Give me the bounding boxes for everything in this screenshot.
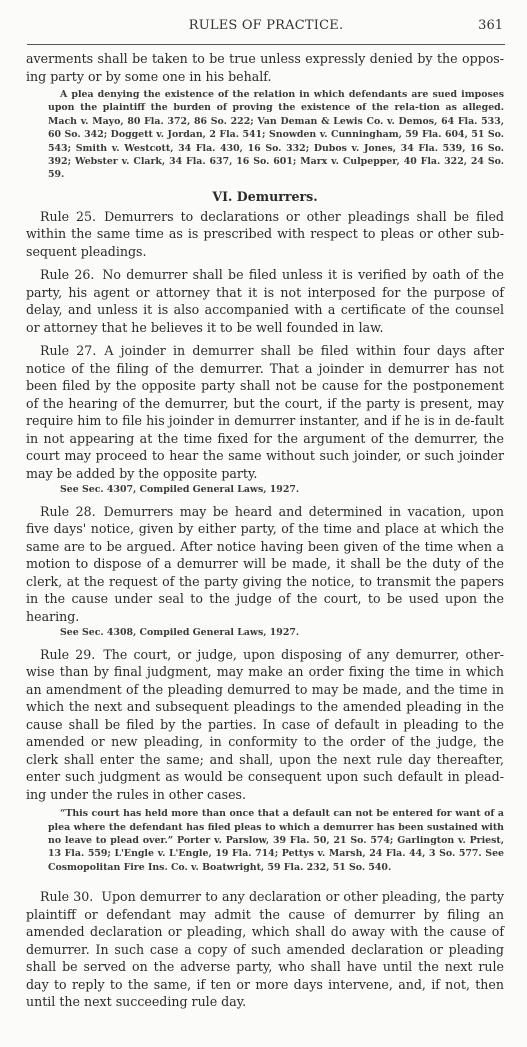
rule-text: No demurrer shall be filed unless it is … (26, 267, 504, 335)
rule-text: Demurrers to declarations or other plead… (26, 209, 504, 259)
rule-text: Demurrers may be heard and determined in… (26, 504, 504, 624)
continuation-paragraph: averments shall be taken to be true unle… (26, 50, 504, 85)
rule-label: Rule 29. (40, 647, 95, 662)
rule-27: Rule 27.A joinder in demurrer shall be f… (26, 342, 504, 482)
statute-citation: See Sec. 4308, Compiled General Laws, 19… (26, 626, 504, 639)
running-head: RULES OF PRACTICE. (27, 18, 505, 33)
rule-label: Rule 27. (40, 343, 96, 358)
rule-label: Rule 26. (40, 267, 94, 282)
rule-text: The court, or judge, upon disposing of a… (26, 647, 504, 802)
rule-28: Rule 28.Demurrers may be heard and deter… (26, 503, 504, 626)
statute-citation: See Sec. 4307, Compiled General Laws, 19… (26, 483, 504, 496)
section-heading: VI. Demurrers. (26, 188, 504, 205)
rule-29: Rule 29.The court, or judge, upon dispos… (26, 646, 504, 804)
page-number: 361 (478, 18, 503, 33)
document-page: RULES OF PRACTICE. 361 averments shall b… (0, 0, 527, 1047)
rule-label: Rule 25. (40, 209, 96, 224)
rule-25: Rule 25.Demurrers to declarations or oth… (26, 208, 504, 261)
annotation-note: “This court has held more than once that… (26, 807, 504, 874)
rule-26: Rule 26.No demurrer shall be filed unles… (26, 266, 504, 336)
page-body: averments shall be taken to be true unle… (26, 50, 504, 1017)
annotation-note: A plea denying the existence of the rela… (26, 88, 504, 182)
rule-label: Rule 28. (40, 504, 96, 519)
rule-text: A joinder in demurrer shall be filed wit… (26, 343, 504, 481)
rule-text: Upon demurrer to any declaration or othe… (26, 889, 504, 1009)
page-header: RULES OF PRACTICE. 361 (27, 18, 505, 38)
header-divider (27, 44, 505, 45)
rule-30: Rule 30.Upon demurrer to any declaration… (26, 888, 504, 1011)
rule-label: Rule 30. (40, 889, 93, 904)
